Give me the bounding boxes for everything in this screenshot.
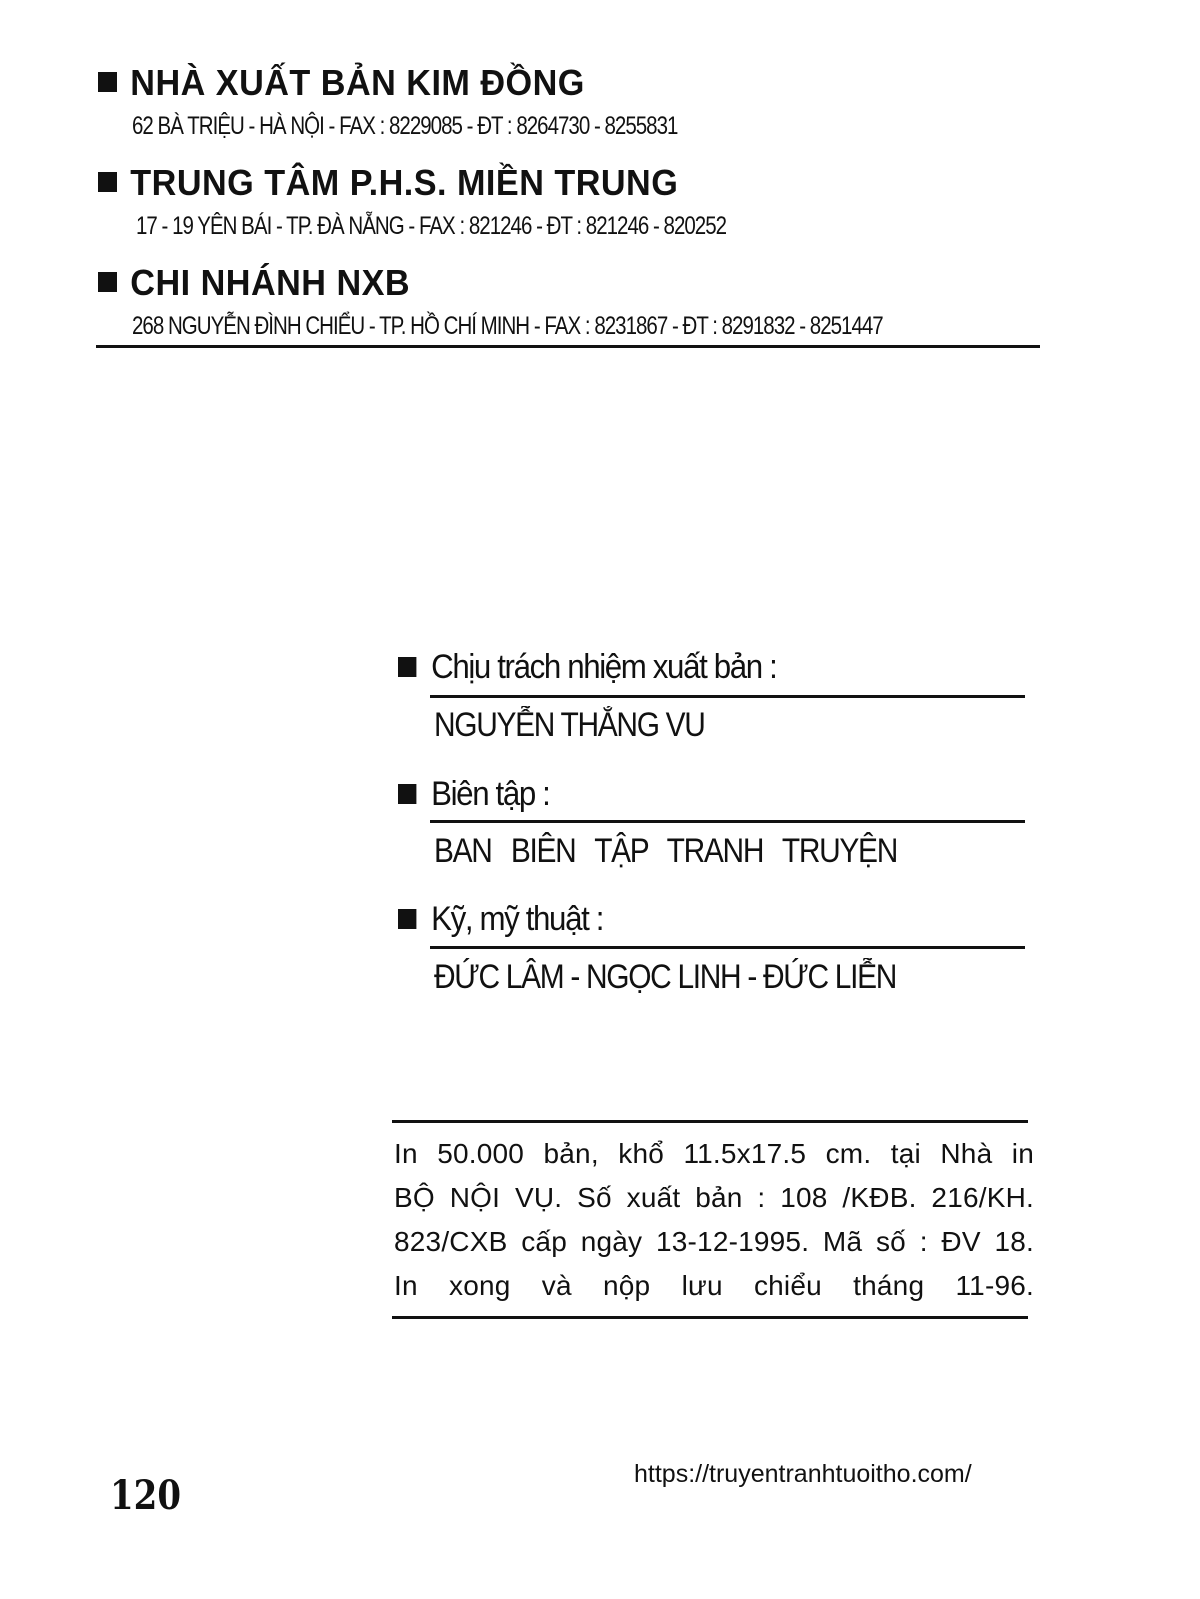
publisher-name-kim-dong: NHÀ XUẤT BẢN KIM ĐỒNG bbox=[98, 62, 585, 104]
divider bbox=[430, 820, 1025, 823]
credit-label-text: Kỹ, mỹ thuật : bbox=[431, 900, 603, 938]
credit-value-art: ĐỨC LÂM - NGỌC LINH - ĐỨC LIỄN bbox=[434, 958, 896, 997]
square-bullet-icon bbox=[398, 657, 416, 677]
credit-label-editor: Biên tập : bbox=[398, 775, 549, 814]
divider bbox=[392, 1316, 1028, 1319]
divider bbox=[392, 1120, 1028, 1123]
credit-label-text: Biên tập : bbox=[431, 775, 549, 813]
publisher-name-text: CHI NHÁNH NXB bbox=[130, 262, 410, 303]
imprint-text: In 50.000 bản, khổ 11.5x17.5 cm. tại Nhà… bbox=[394, 1132, 1034, 1308]
imprint-line: In xong và nộp lưu chiểu tháng 11-96. bbox=[394, 1264, 1034, 1308]
publisher-name-chi-nhanh: CHI NHÁNH NXB bbox=[98, 262, 410, 304]
square-bullet-icon bbox=[98, 272, 117, 292]
source-url[interactable]: https://truyentranhtuoitho.com/ bbox=[634, 1460, 972, 1489]
square-bullet-icon bbox=[98, 172, 117, 192]
publisher-address: 62 BÀ TRIỆU - HÀ NỘI - FAX : 8229085 - Đ… bbox=[132, 112, 677, 141]
square-bullet-icon bbox=[398, 784, 416, 804]
publisher-address: 17 - 19 YÊN BÁI - TP. ĐÀ NẴNG - FAX : 82… bbox=[136, 212, 726, 241]
divider bbox=[430, 695, 1025, 698]
publisher-name-mien-trung: TRUNG TÂM P.H.S. MIỀN TRUNG bbox=[98, 162, 678, 204]
divider bbox=[430, 946, 1025, 949]
credit-value-editor: BAN BIÊN TẬP TRANH TRUYỆN bbox=[434, 832, 897, 871]
square-bullet-icon bbox=[98, 72, 117, 92]
imprint-line: In 50.000 bản, khổ 11.5x17.5 cm. tại Nhà… bbox=[394, 1132, 1034, 1176]
credit-label-publisher: Chịu trách nhiệm xuất bản : bbox=[398, 648, 776, 687]
square-bullet-icon bbox=[398, 909, 416, 929]
imprint-line: BỘ NỘI VỤ. Số xuất bản : 108 /KĐB. 216/K… bbox=[394, 1176, 1034, 1220]
publisher-name-text: TRUNG TÂM P.H.S. MIỀN TRUNG bbox=[130, 162, 678, 203]
imprint-line: 823/CXB cấp ngày 13-12-1995. Mã số : ĐV … bbox=[394, 1220, 1034, 1264]
page-number: 120 bbox=[110, 1472, 181, 1519]
credit-value-publisher: NGUYỄN THẮNG VU bbox=[434, 706, 705, 745]
publisher-name-text: NHÀ XUẤT BẢN KIM ĐỒNG bbox=[130, 62, 585, 103]
credit-label-art: Kỹ, mỹ thuật : bbox=[398, 900, 603, 939]
credit-label-text: Chịu trách nhiệm xuất bản : bbox=[431, 648, 776, 686]
publisher-address: 268 NGUYỄN ĐÌNH CHIỂU - TP. HỒ CHÍ MINH … bbox=[132, 312, 883, 341]
divider bbox=[96, 345, 1040, 348]
